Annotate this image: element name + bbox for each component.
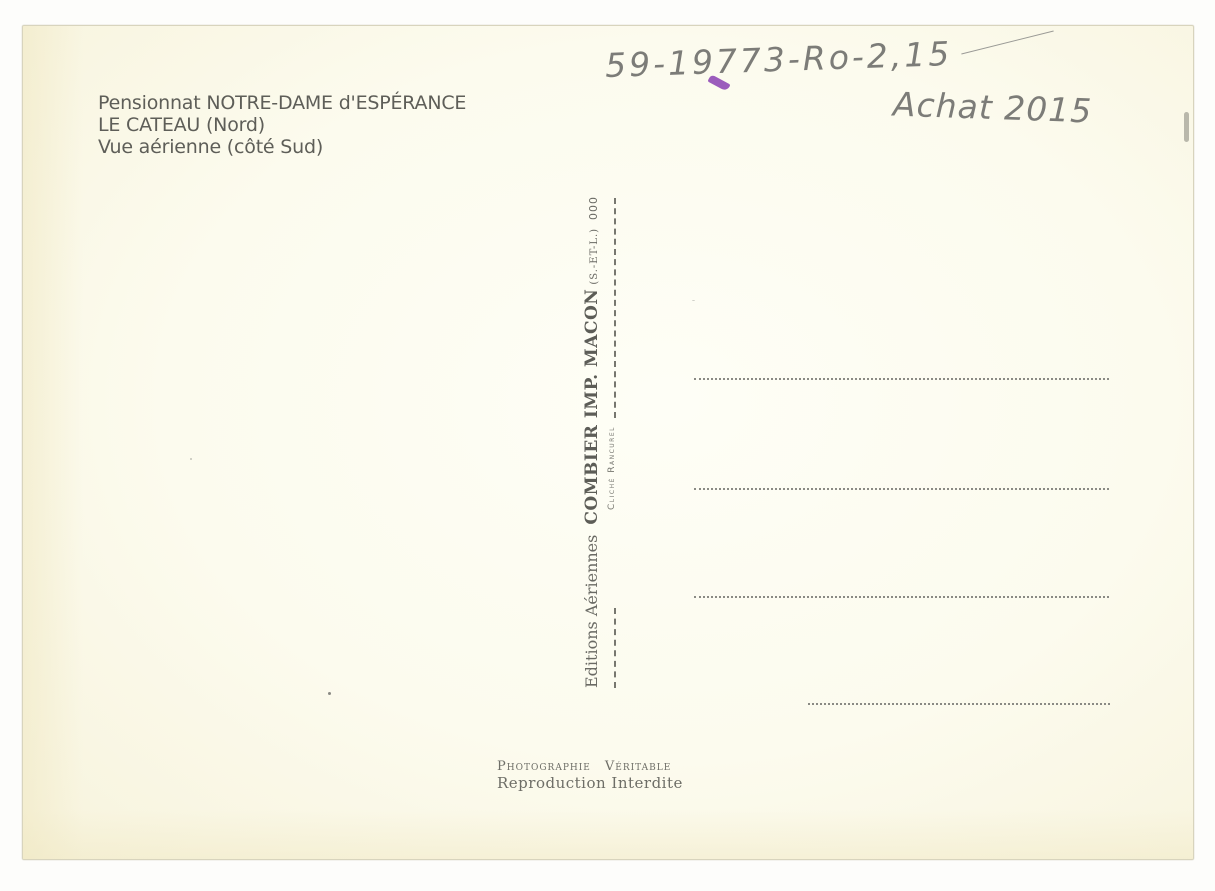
publisher-divider: Editions Aériennes COMBIER IMP. MACON (S…	[582, 196, 620, 688]
caption-line-town: LE CATEAU (Nord)	[98, 114, 466, 136]
publisher-editions: Editions Aériennes	[582, 535, 601, 688]
scanned-postcard: Pensionnat NOTRE-DAME d'ESPÉRANCE LE CAT…	[0, 0, 1215, 891]
handwritten-acquisition: Achat 2015	[892, 85, 1093, 131]
divider-dashes-left	[614, 608, 616, 688]
paper-speck	[692, 300, 695, 301]
footer-photographie: Photographie	[497, 759, 591, 774]
address-line-3	[694, 596, 1109, 598]
footer-reproduction: Reproduction Interdite	[497, 775, 685, 792]
address-line-2	[694, 488, 1109, 490]
photo-credit: Cliché Rancurel	[607, 426, 617, 510]
publisher-code: 000	[587, 196, 600, 220]
caption-line-view: Vue aérienne (côté Sud)	[98, 136, 466, 158]
paper-speck	[328, 692, 331, 695]
address-line-1	[694, 378, 1109, 380]
edge-mark	[1184, 112, 1189, 142]
caption-line-institution: Pensionnat NOTRE-DAME d'ESPÉRANCE	[98, 92, 466, 114]
publisher-region: (S.-ET-L.)	[589, 228, 600, 285]
publisher-printer: COMBIER IMP. MACON	[582, 289, 602, 525]
divider-dashes-right	[614, 198, 616, 418]
footer-veritable: Véritable	[605, 759, 671, 774]
postcard-caption: Pensionnat NOTRE-DAME d'ESPÉRANCE LE CAT…	[98, 92, 466, 158]
paper-speck	[190, 458, 192, 460]
postcard-footer: PhotographieVéritable Reproduction Inter…	[497, 758, 685, 792]
address-line-4	[808, 703, 1110, 705]
